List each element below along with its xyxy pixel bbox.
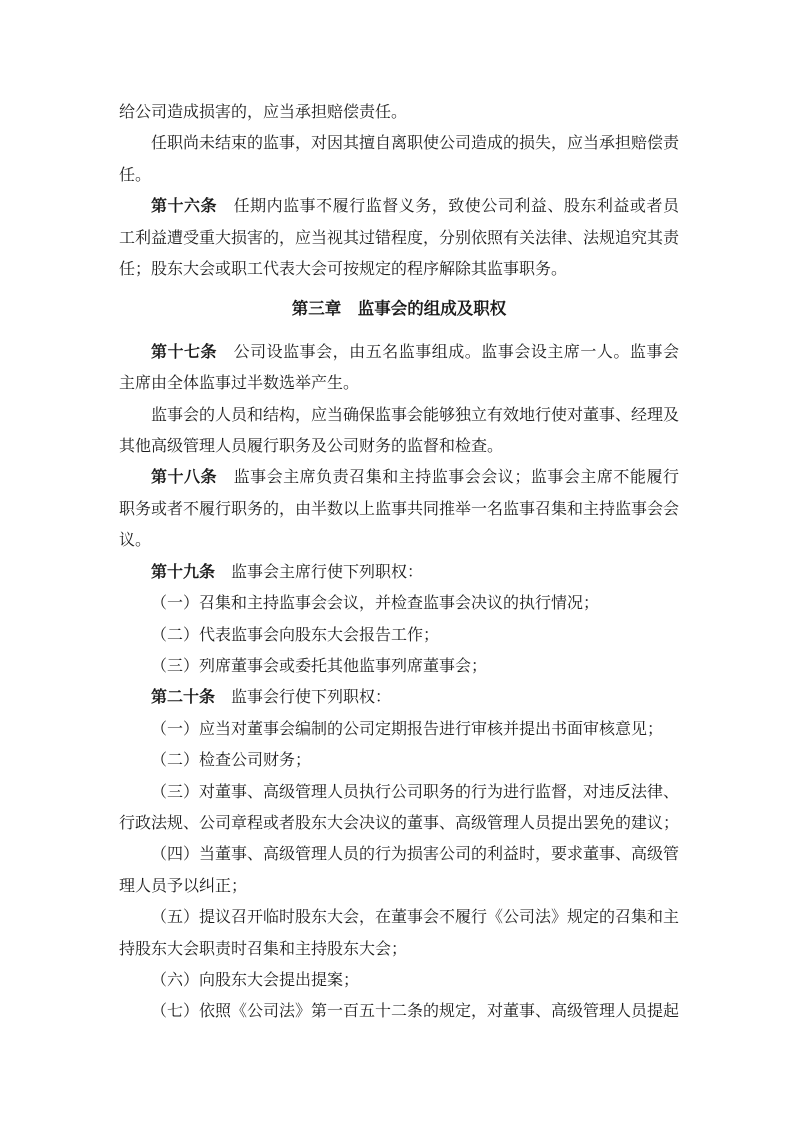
label-separator xyxy=(215,564,231,581)
paragraph-text: 给公司造成损害的，应当承担赔偿责任。 xyxy=(119,104,407,121)
body-paragraph: （七）依照《公司法》第一百五十二条的规定，对董事、高级管理人员提起 xyxy=(119,996,679,1027)
body-paragraph: （一）召集和主持监事会会议，并检查监事会决议的执行情况； xyxy=(119,588,679,619)
paragraph-text: （三）列席董事会或委托其他监事列席董事会； xyxy=(151,658,487,675)
article-paragraph: 第十八条 监事会主席负责召集和主持监事会会议；监事会主席不能履行职务或者不履行职… xyxy=(119,462,679,556)
body-paragraph: （三）列席董事会或委托其他监事列席董事会； xyxy=(119,651,679,682)
article-paragraph: 第二十条 监事会行使下列职权： xyxy=(119,682,679,713)
paragraph-text: （二）代表监事会向股东大会报告工作； xyxy=(151,627,439,644)
article-number: 第十六条 xyxy=(151,198,217,215)
body-paragraph: （五）提议召开临时股东大会，在董事会不履行《公司法》规定的召集和主持股东大会职责… xyxy=(119,902,679,965)
article-number: 第十七条 xyxy=(151,344,217,361)
article-number: 第十八条 xyxy=(151,469,217,486)
article-number: 第二十条 xyxy=(151,689,215,706)
chapter-heading: 第三章 监事会的组成及职权 xyxy=(119,293,679,324)
article-paragraph: 第十七条 公司设监事会，由五名监事组成。监事会设主席一人。监事会主席由全体监事过… xyxy=(119,337,679,400)
body-paragraph: （三）对董事、高级管理人员执行公司职务的行为进行监督，对违反法律、行政法规、公司… xyxy=(119,777,679,840)
paragraph-text: （四）当董事、高级管理人员的行为损害公司的利益时，要求董事、高级管理人员予以纠正… xyxy=(119,846,679,894)
body-paragraph: 给公司造成损害的，应当承担赔偿责任。 xyxy=(119,97,679,128)
chapter-heading-text: 第三章 监事会的组成及职权 xyxy=(292,299,507,318)
body-paragraph: （一）应当对董事会编制的公司定期报告进行审核并提出书面审核意见； xyxy=(119,714,679,745)
paragraph-text: 监事会行使下列职权： xyxy=(231,689,391,706)
label-separator xyxy=(217,344,234,361)
paragraph-text: 监事会的人员和结构，应当确保监事会能够独立有效地行使对董事、经理及其他高级管理人… xyxy=(119,407,679,455)
label-separator xyxy=(217,469,234,486)
article-paragraph: 第十六条 任期内监事不履行监督义务，致使公司利益、股东利益或者员工利益遭受重大损… xyxy=(119,191,679,285)
body-paragraph: （六）向股东大会提出提案； xyxy=(119,965,679,996)
paragraph-text: （六）向股东大会提出提案； xyxy=(151,972,359,989)
body-paragraph: 任职尚未结束的监事，对因其擅自离职使公司造成的损失，应当承担赔偿责任。 xyxy=(119,128,679,191)
paragraph-text: （三）对董事、高级管理人员执行公司职务的行为进行监督，对违反法律、行政法规、公司… xyxy=(119,784,679,832)
paragraph-text: （七）依照《公司法》第一百五十二条的规定，对董事、高级管理人员提起 xyxy=(151,1003,679,1020)
document-body: 给公司造成损害的，应当承担赔偿责任。任职尚未结束的监事，对因其擅自离职使公司造成… xyxy=(119,97,679,1028)
paragraph-text: （一）应当对董事会编制的公司定期报告进行审核并提出书面审核意见； xyxy=(151,721,663,738)
paragraph-text: （一）召集和主持监事会会议，并检查监事会决议的执行情况； xyxy=(151,595,599,612)
body-paragraph: （二）代表监事会向股东大会报告工作； xyxy=(119,620,679,651)
article-number: 第十九条 xyxy=(151,564,215,581)
paragraph-text: 任职尚未结束的监事，对因其擅自离职使公司造成的损失，应当承担赔偿责任。 xyxy=(119,135,679,183)
body-paragraph: 监事会的人员和结构，应当确保监事会能够独立有效地行使对董事、经理及其他高级管理人… xyxy=(119,400,679,463)
body-paragraph: （二）检查公司财务； xyxy=(119,745,679,776)
paragraph-text: 监事会主席行使下列职权： xyxy=(231,564,423,581)
document-page: 给公司造成损害的，应当承担赔偿责任。任职尚未结束的监事，对因其擅自离职使公司造成… xyxy=(0,0,793,1122)
article-paragraph: 第十九条 监事会主席行使下列职权： xyxy=(119,557,679,588)
paragraph-text: （五）提议召开临时股东大会，在董事会不履行《公司法》规定的召集和主持股东大会职责… xyxy=(119,909,679,957)
label-separator xyxy=(215,689,231,706)
paragraph-text: （二）检查公司财务； xyxy=(151,752,311,769)
label-separator xyxy=(217,198,234,215)
body-paragraph: （四）当董事、高级管理人员的行为损害公司的利益时，要求董事、高级管理人员予以纠正… xyxy=(119,839,679,902)
